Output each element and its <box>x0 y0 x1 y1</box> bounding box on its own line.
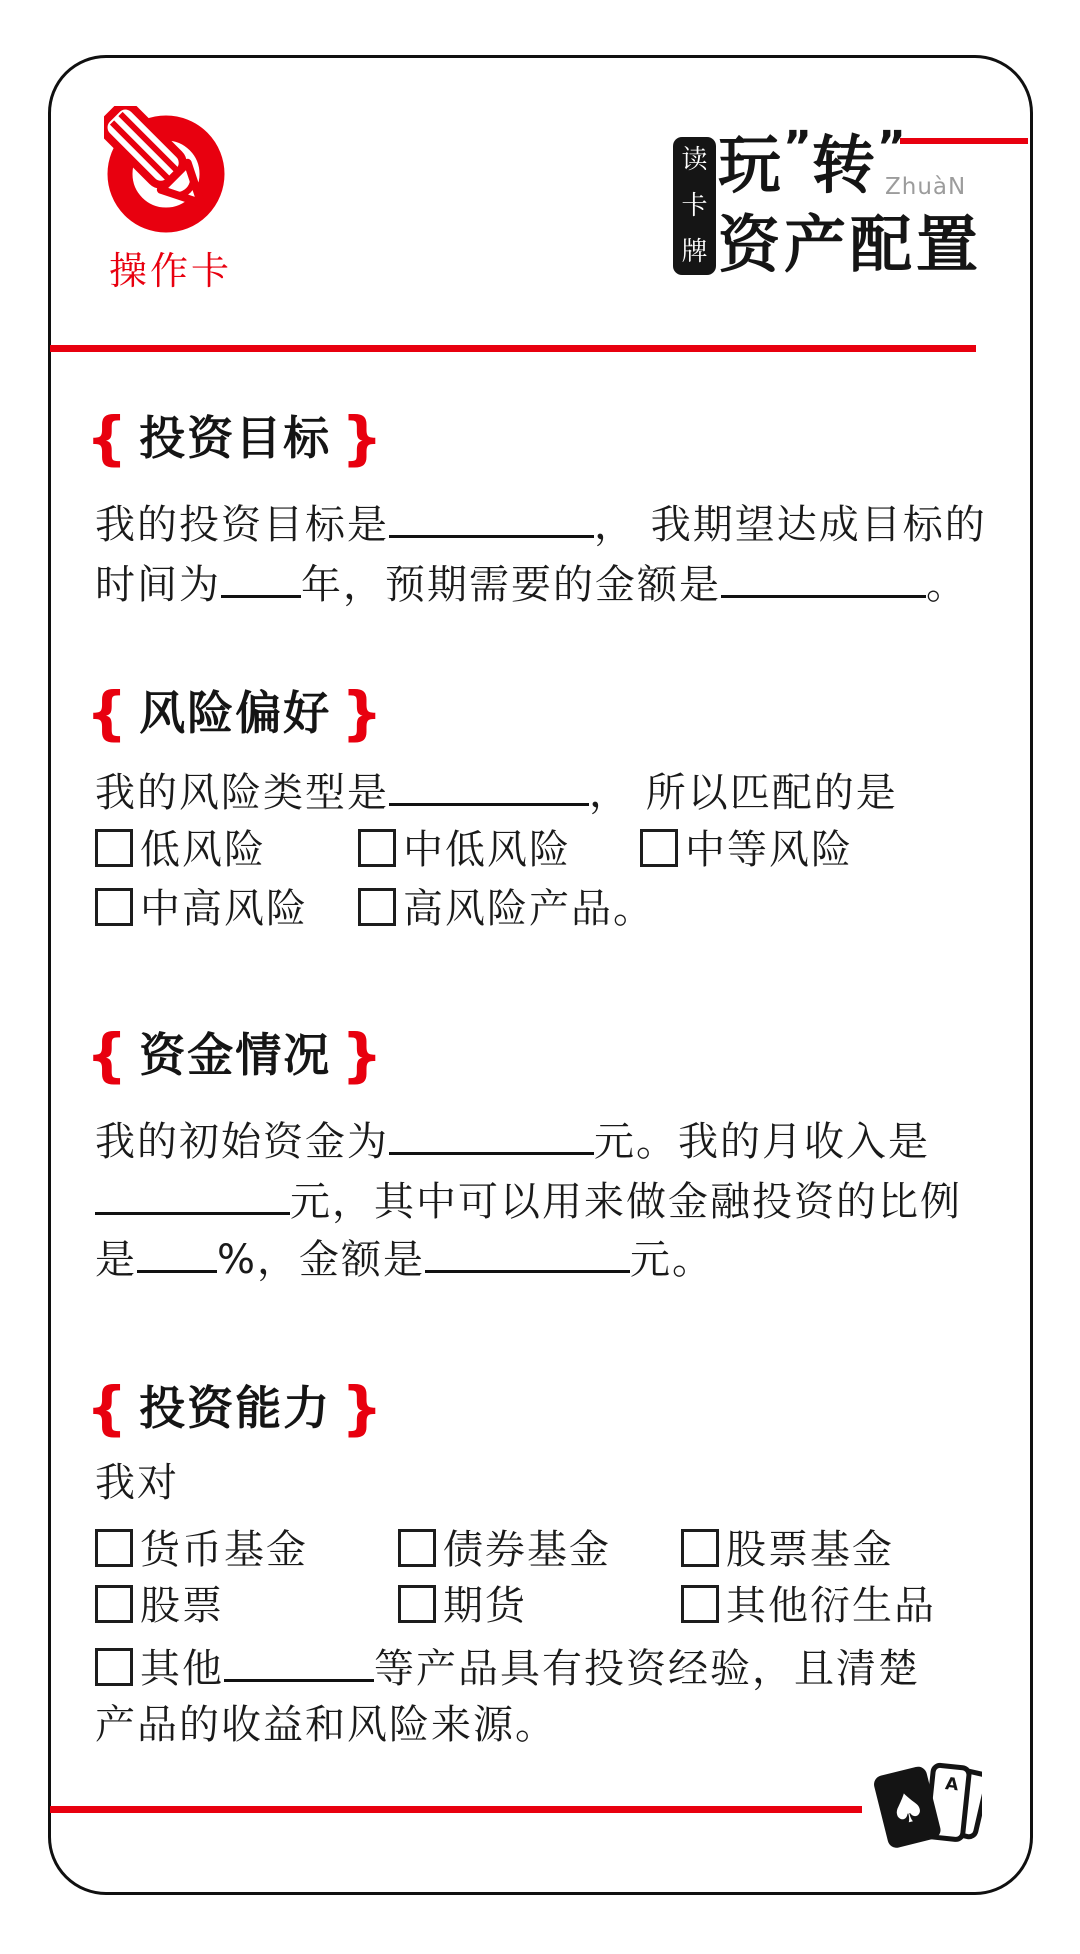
header-accent-line <box>900 138 1028 144</box>
blank-field[interactable] <box>721 559 926 598</box>
risk-line-1: 我的风险类型是， 所以匹配的是 <box>95 767 898 813</box>
checkbox[interactable] <box>95 1585 133 1623</box>
brace-open: { <box>86 404 129 472</box>
option-stocks: 股票 <box>95 1581 224 1627</box>
option-money-fund: 货币基金 <box>95 1525 308 1571</box>
blank-field[interactable] <box>389 767 589 806</box>
logo-label: 操作卡 <box>109 240 232 295</box>
blank-field[interactable] <box>95 1176 290 1215</box>
checkbox[interactable] <box>681 1529 719 1567</box>
checkbox[interactable] <box>95 888 133 926</box>
goal-line-2: 时间为年，预期需要的金额是。 <box>95 559 968 605</box>
badge-char: 牌 <box>681 239 707 265</box>
brace-close: } <box>341 679 384 747</box>
option-futures: 期货 <box>398 1581 527 1627</box>
pencil-logo-icon <box>104 106 236 238</box>
title-char: 转 <box>812 134 877 197</box>
blank-field[interactable] <box>389 1116 594 1155</box>
option-bond-fund: 债券基金 <box>398 1525 611 1571</box>
card-type-badge: 读 卡 牌 <box>673 137 716 275</box>
brace-open: { <box>86 679 129 747</box>
footer-accent-line <box>50 1806 862 1813</box>
brace-open: { <box>86 1021 129 1089</box>
section-title-investment-goal: {投资目标} <box>86 408 385 468</box>
risk-option-high: 高风险产品。 <box>358 884 655 930</box>
risk-option-med-high: 中高风险 <box>95 884 308 930</box>
checkbox[interactable] <box>640 829 678 867</box>
header-divider-line <box>50 345 976 352</box>
playing-cards-icon: A ♠ <box>874 1758 982 1850</box>
checkbox[interactable] <box>681 1585 719 1623</box>
ability-last-line: 产品的收益和风险来源。 <box>95 1702 557 1748</box>
badge-char: 读 <box>681 147 707 173</box>
goal-line-1: 我的投资目标是， 我期望达成目标的 <box>95 499 987 545</box>
ability-other-line: 其他等产品具有投资经验，且清楚 <box>95 1643 920 1689</box>
quote-mark: ” <box>783 126 812 170</box>
capital-line-1: 我的初始资金为元。我的月收入是 <box>95 1116 930 1162</box>
risk-option-medium: 中等风险 <box>640 825 853 871</box>
risk-option-low: 低风险 <box>95 825 266 871</box>
option-stock-fund: 股票基金 <box>681 1525 894 1571</box>
brace-close: } <box>341 1374 384 1442</box>
page: 操作卡 读 卡 牌 玩”转” ZhuàN 资产配置 {投资目标} 我的投资目标是… <box>0 0 1080 1954</box>
checkbox[interactable] <box>358 829 396 867</box>
brand-title-line2: 资产配置 <box>718 214 982 276</box>
blank-field[interactable] <box>224 1643 374 1682</box>
option-other-derivatives: 其他衍生品 <box>681 1581 936 1627</box>
section-title-risk-preference: {风险偏好} <box>86 683 385 743</box>
capital-line-2: 元，其中可以用来做金融投资的比例 <box>95 1176 962 1222</box>
blank-field[interactable] <box>425 1234 630 1273</box>
blank-field[interactable] <box>137 1234 217 1273</box>
risk-options-row-2: 中高风险 高风险产品。 <box>95 884 1025 930</box>
brand-title-line1: 玩”转” <box>718 134 906 197</box>
checkbox[interactable] <box>95 829 133 867</box>
checkbox[interactable] <box>398 1585 436 1623</box>
checkbox[interactable] <box>398 1529 436 1567</box>
badge-char: 卡 <box>681 193 707 219</box>
brace-close: } <box>341 404 384 472</box>
section-title-investment-ability: {投资能力} <box>86 1378 385 1438</box>
quote-mark: ” <box>877 126 906 170</box>
checkbox[interactable] <box>358 888 396 926</box>
title-pinyin: ZhuàN <box>885 174 966 200</box>
blank-field[interactable] <box>221 559 301 598</box>
product-options-row-2: 股票 期货 其他衍生品 <box>95 1581 1025 1627</box>
section-title-capital-situation: {资金情况} <box>86 1025 385 1085</box>
brace-close: } <box>341 1021 384 1089</box>
blank-field[interactable] <box>389 499 594 538</box>
checkbox[interactable] <box>95 1529 133 1567</box>
title-char: 玩 <box>718 134 783 197</box>
product-options-row-1: 货币基金 债券基金 股票基金 <box>95 1525 1025 1571</box>
risk-option-med-low: 中低风险 <box>358 825 571 871</box>
brace-open: { <box>86 1374 129 1442</box>
risk-options-row-1: 低风险 中低风险 中等风险 <box>95 825 1025 871</box>
capital-line-3: 是%，金额是元。 <box>95 1234 714 1280</box>
ability-intro: 我对 <box>95 1460 179 1506</box>
checkbox[interactable] <box>95 1648 133 1686</box>
